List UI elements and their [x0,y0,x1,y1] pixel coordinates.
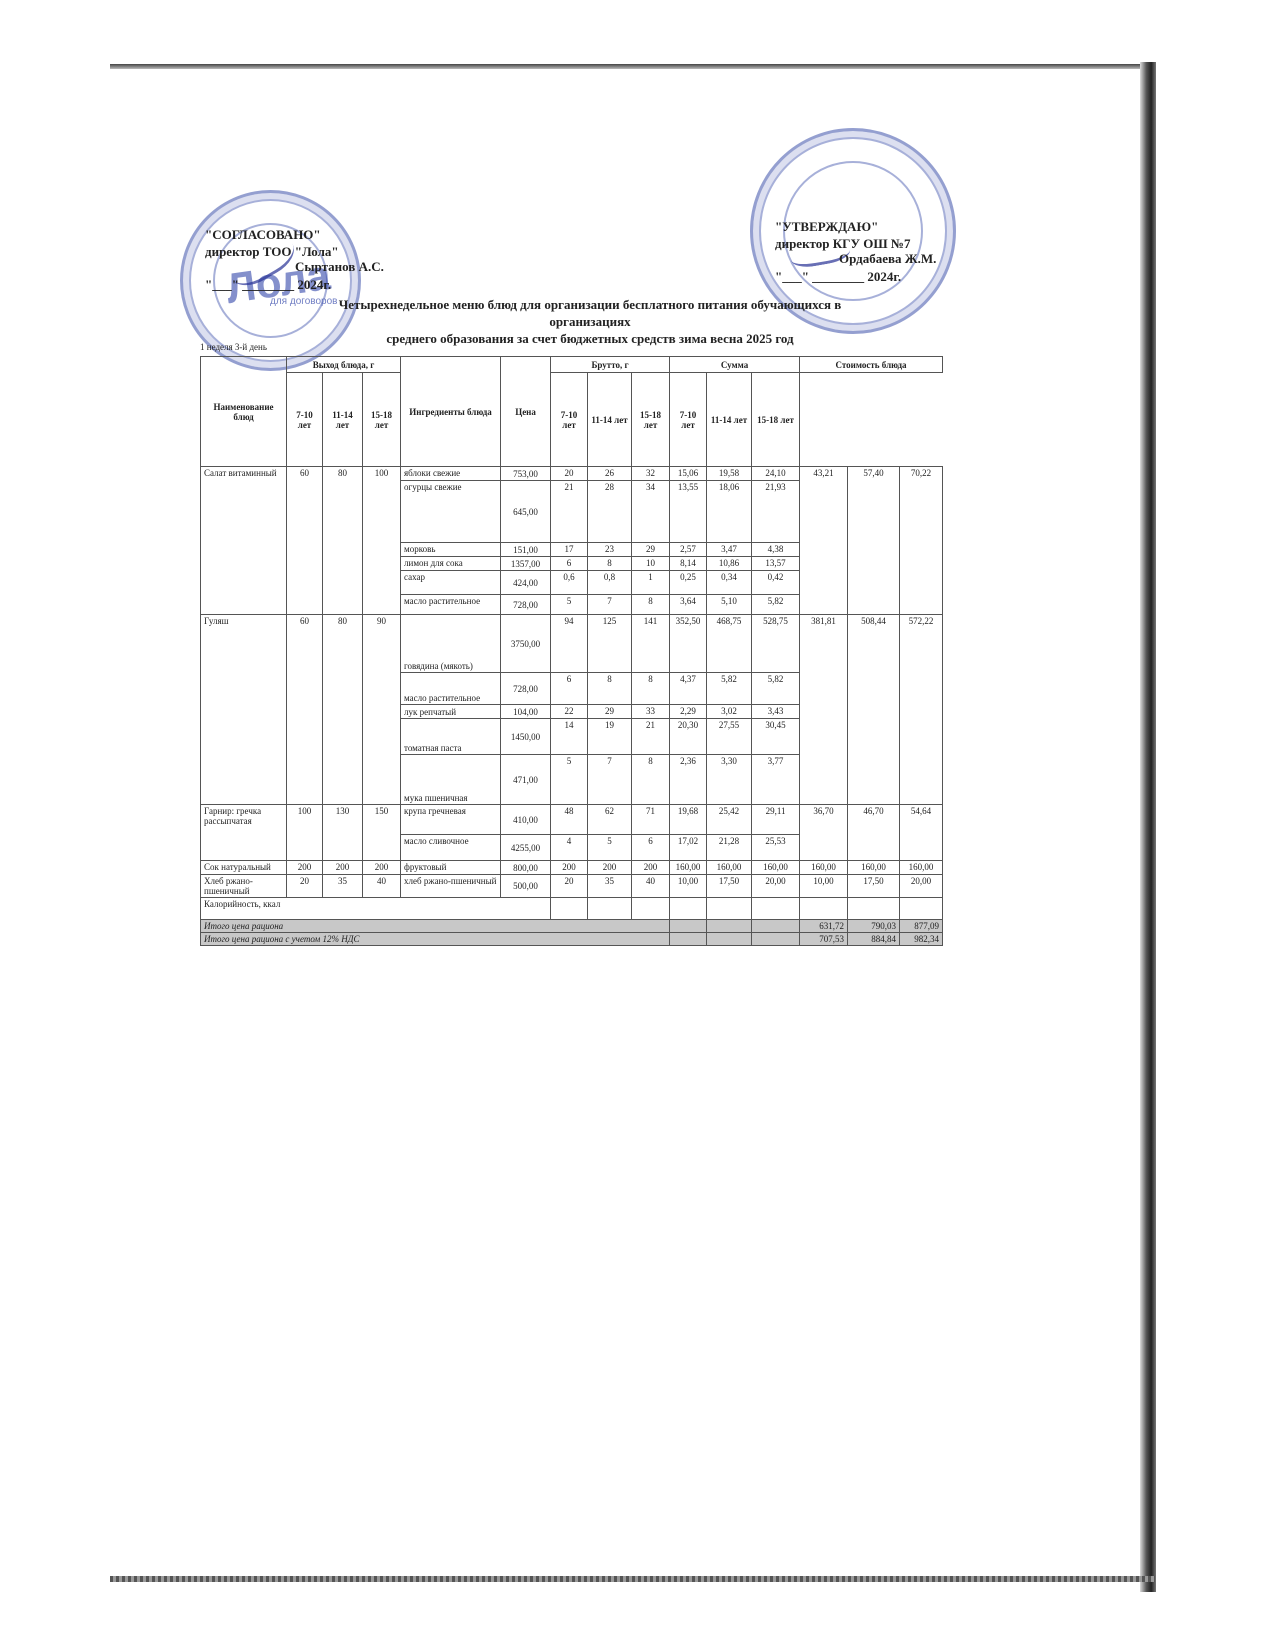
dish-yield-0: 100 [287,805,323,861]
ingredient-sum-0: 13,55 [670,481,707,543]
ingredient-price: 3750,00 [501,615,551,673]
ingredient-sum-2: 3,77 [752,755,800,805]
menu-table: Наименование блюд Выход блюда, г Ингреди… [200,356,943,946]
header-age-row: 7-10 лет11-14 лет15-18 лет7-10 лет11-14 … [201,373,943,467]
dish-yield-1: 130 [323,805,363,861]
ingredient-name: яблоки свежие [401,467,501,481]
ingredient-sum-2: 0,42 [752,571,800,595]
ingredient-sum-0: 15,06 [670,467,707,481]
dish-yield-0: 60 [287,615,323,805]
ingredient-gross-0: 48 [551,805,588,835]
dish-yield-2: 40 [363,875,401,898]
ingredient-gross-0: 14 [551,719,588,755]
header-age-2: 15-18 лет [363,373,401,467]
total-empty [752,920,800,933]
dish-cost-1: 160,00 [848,861,900,875]
ingredient-sum-1: 19,58 [707,467,752,481]
ingredient-sum-0: 17,02 [670,835,707,861]
ingredient-gross-1: 35 [588,875,632,898]
ingredient-price: 104,00 [501,705,551,719]
dish-yield-0: 60 [287,467,323,615]
ingredient-sum-1: 21,28 [707,835,752,861]
ingredient-gross-1: 7 [588,595,632,615]
ingredient-price: 471,00 [501,755,551,805]
header-age-0: 7-10 лет [551,373,588,467]
ingredient-price: 4255,00 [501,835,551,861]
dish-cost-2: 70,22 [900,467,943,615]
table-row: Хлеб ржано-пшеничный203540хлеб ржано-пше… [201,875,943,898]
ingredient-sum-1: 0,34 [707,571,752,595]
approval-right-label: "УТВЕРЖДАЮ" [775,218,910,235]
dish-cost-2: 20,00 [900,875,943,898]
ingredient-gross-0: 0,6 [551,571,588,595]
header-age-1: 11-14 лет [707,373,752,467]
dish-yield-2: 200 [363,861,401,875]
calorie-cell [900,898,943,920]
title-line-2: среднего образования за счет бюджетных с… [310,330,870,347]
total-row: Итого цена рациона631,72790,03877,09 [201,920,943,933]
dish-yield-0: 200 [287,861,323,875]
ingredient-sum-1: 3,30 [707,755,752,805]
ingredient-sum-2: 30,45 [752,719,800,755]
ingredient-name: томатная паста [401,719,501,755]
title-line-1: Четырехнедельное меню блюд для организац… [310,296,870,330]
dish-cost-1: 508,44 [848,615,900,805]
ingredient-gross-1: 29 [588,705,632,719]
ingredient-gross-1: 8 [588,673,632,705]
ingredient-name: фруктовый [401,861,501,875]
ingredient-gross-1: 28 [588,481,632,543]
ingredient-name: крупа гречневая [401,805,501,835]
ingredient-price: 753,00 [501,467,551,481]
ingredient-price: 1450,00 [501,719,551,755]
ingredient-gross-0: 21 [551,481,588,543]
dish-cost-1: 46,70 [848,805,900,861]
ingredient-name: масло растительное [401,595,501,615]
ingredient-gross-2: 200 [632,861,670,875]
ingredient-sum-2: 528,75 [752,615,800,673]
header-yield: Выход блюда, г [287,357,401,373]
ingredient-price: 645,00 [501,481,551,543]
calorie-cell [848,898,900,920]
ingredient-name: лук репчатый [401,705,501,719]
ingredient-sum-1: 18,06 [707,481,752,543]
ingredient-gross-2: 34 [632,481,670,543]
ingredient-sum-2: 20,00 [752,875,800,898]
dish-cost-0: 160,00 [800,861,848,875]
ingredient-price: 800,00 [501,861,551,875]
ingredient-price: 500,00 [501,875,551,898]
ingredient-gross-1: 200 [588,861,632,875]
ingredient-sum-0: 19,68 [670,805,707,835]
ingredient-sum-0: 2,57 [670,543,707,557]
dish-cost-0: 381,81 [800,615,848,805]
ingredient-gross-2: 1 [632,571,670,595]
total-value-0: 631,72 [800,920,848,933]
ingredient-sum-2: 5,82 [752,673,800,705]
header-cost: Стоимость блюда [800,357,943,373]
approval-right-name: Ордабаева Ж.М. [839,250,936,267]
ingredient-sum-2: 29,11 [752,805,800,835]
ingredient-name: масло сливочное [401,835,501,861]
header-age-2: 15-18 лет [632,373,670,467]
dish-cost-0: 43,21 [800,467,848,615]
ingredient-gross-1: 0,8 [588,571,632,595]
dish-yield-2: 100 [363,467,401,615]
ingredient-gross-1: 125 [588,615,632,673]
ingredient-sum-1: 25,42 [707,805,752,835]
week-label: 1 неделя 3-й день [200,342,267,352]
ingredient-price: 1357,00 [501,557,551,571]
dish-yield-2: 90 [363,615,401,805]
ingredient-gross-2: 32 [632,467,670,481]
ingredient-sum-2: 5,82 [752,595,800,615]
approval-left-label: "СОГЛАСОВАНО" [205,226,339,243]
ingredient-name: говядина (мякоть) [401,615,501,673]
dish-yield-1: 35 [323,875,363,898]
ingredient-sum-2: 24,10 [752,467,800,481]
ingredient-gross-2: 8 [632,755,670,805]
calorie-cell [588,898,632,920]
scan-edge-right [1140,62,1156,1592]
ingredient-gross-0: 20 [551,875,588,898]
ingredient-sum-2: 160,00 [752,861,800,875]
total-row: Итого цена рациона с учетом 12% НДС707,5… [201,933,943,946]
ingredient-gross-0: 4 [551,835,588,861]
ingredient-gross-1: 62 [588,805,632,835]
ingredient-sum-0: 2,36 [670,755,707,805]
ingredient-gross-2: 40 [632,875,670,898]
calorie-cell [551,898,588,920]
ingredient-sum-0: 20,30 [670,719,707,755]
dish-name: Сок натуральный [201,861,287,875]
ingredient-gross-2: 8 [632,673,670,705]
ingredient-gross-0: 20 [551,467,588,481]
ingredient-gross-1: 5 [588,835,632,861]
ingredient-sum-0: 352,50 [670,615,707,673]
dish-cost-0: 36,70 [800,805,848,861]
ingredient-sum-1: 468,75 [707,615,752,673]
dish-cost-1: 17,50 [848,875,900,898]
dish-cost-1: 57,40 [848,467,900,615]
dish-yield-1: 200 [323,861,363,875]
ingredient-price: 424,00 [501,571,551,595]
total-empty [707,920,752,933]
header-ingredients: Ингредиенты блюда [401,357,501,467]
ingredient-sum-1: 5,82 [707,673,752,705]
approval-left: "СОГЛАСОВАНО" директор ТОО "Лола" Сыртан… [205,226,339,260]
ingredient-gross-2: 8 [632,595,670,615]
header-age-2: 15-18 лет [752,373,800,467]
ingredient-price: 410,00 [501,805,551,835]
dish-cost-2: 54,64 [900,805,943,861]
total-value-1: 884,84 [848,933,900,946]
approval-left-name: Сыртанов А.С. [295,258,384,275]
total-value-0: 707,53 [800,933,848,946]
dish-name: Гуляш [201,615,287,805]
dish-yield-1: 80 [323,615,363,805]
ingredient-gross-2: 71 [632,805,670,835]
dish-yield-0: 20 [287,875,323,898]
dish-yield-2: 150 [363,805,401,861]
ingredient-name: масло растительное [401,673,501,705]
total-empty [670,920,707,933]
ingredient-sum-0: 2,29 [670,705,707,719]
ingredient-gross-0: 5 [551,755,588,805]
total-value-2: 982,34 [900,933,943,946]
ingredient-sum-0: 8,14 [670,557,707,571]
ingredient-gross-0: 17 [551,543,588,557]
total-empty [670,933,707,946]
header-price: Цена [501,357,551,467]
ingredient-gross-0: 94 [551,615,588,673]
total-value-1: 790,03 [848,920,900,933]
ingredient-price: 728,00 [501,673,551,705]
ingredient-gross-2: 21 [632,719,670,755]
ingredient-gross-2: 6 [632,835,670,861]
dish-yield-1: 80 [323,467,363,615]
ingredient-sum-1: 3,47 [707,543,752,557]
ingredient-sum-2: 21,93 [752,481,800,543]
ingredient-gross-2: 29 [632,543,670,557]
dish-cost-2: 572,22 [900,615,943,805]
ingredient-gross-1: 8 [588,557,632,571]
ingredient-sum-0: 160,00 [670,861,707,875]
dish-cost-0: 10,00 [800,875,848,898]
approval-left-date: "___" ________ 2024г. [205,276,331,293]
ingredient-gross-1: 7 [588,755,632,805]
ingredient-sum-1: 10,86 [707,557,752,571]
scan-edge-bottom [110,1576,1155,1582]
ingredient-sum-1: 27,55 [707,719,752,755]
ingredient-gross-1: 19 [588,719,632,755]
approval-right-date: "___" ________ 2024г. [775,268,901,285]
ingredient-sum-2: 3,43 [752,705,800,719]
total-empty [752,933,800,946]
dish-name: Салат витаминный [201,467,287,615]
ingredient-sum-1: 160,00 [707,861,752,875]
header-age-1: 11-14 лет [323,373,363,467]
calorie-cell [632,898,670,920]
total-empty [707,933,752,946]
header-sum: Сумма [670,357,800,373]
header-dish-name: Наименование блюд [201,357,287,467]
ingredient-gross-0: 5 [551,595,588,615]
calorie-label: Калорийность, ккал [201,898,551,920]
ingredient-gross-0: 200 [551,861,588,875]
ingredient-gross-2: 33 [632,705,670,719]
ingredient-sum-0: 10,00 [670,875,707,898]
calorie-cell [800,898,848,920]
table-row: Салат витаминный6080100яблоки свежие753,… [201,467,943,481]
table-row: Гарнир: гречка рассыпчатая100130150крупа… [201,805,943,835]
ingredient-name: мука пшеничная [401,755,501,805]
ingredient-name: сахар [401,571,501,595]
ingredient-gross-1: 23 [588,543,632,557]
ingredient-gross-2: 10 [632,557,670,571]
ingredient-sum-2: 4,38 [752,543,800,557]
ingredient-sum-2: 25,53 [752,835,800,861]
ingredient-sum-1: 3,02 [707,705,752,719]
ingredient-gross-0: 6 [551,673,588,705]
total-value-2: 877,09 [900,920,943,933]
header-age-0: 7-10 лет [670,373,707,467]
ingredient-sum-1: 17,50 [707,875,752,898]
dish-name: Гарнир: гречка рассыпчатая [201,805,287,861]
ingredient-name: хлеб ржано-пшеничный [401,875,501,898]
ingredient-name: лимон для сока [401,557,501,571]
ingredient-name: огурцы свежие [401,481,501,543]
dish-name: Хлеб ржано-пшеничный [201,875,287,898]
ingredient-sum-2: 13,57 [752,557,800,571]
calorie-row: Калорийность, ккал [201,898,943,920]
dish-cost-2: 160,00 [900,861,943,875]
calorie-cell [752,898,800,920]
ingredient-gross-0: 6 [551,557,588,571]
calorie-cell [670,898,707,920]
total-label: Итого цена рациона [201,920,670,933]
ingredient-sum-1: 5,10 [707,595,752,615]
table-row: Гуляш608090говядина (мякоть)3750,0094125… [201,615,943,673]
calorie-cell [707,898,752,920]
ingredient-gross-1: 26 [588,467,632,481]
ingredient-gross-0: 22 [551,705,588,719]
ingredient-name: морковь [401,543,501,557]
total-label: Итого цена рациона с учетом 12% НДС [201,933,670,946]
ingredient-sum-0: 4,37 [670,673,707,705]
document-title: Четырехнедельное меню блюд для организац… [310,296,870,347]
ingredient-sum-0: 0,25 [670,571,707,595]
ingredient-gross-2: 141 [632,615,670,673]
ingredient-price: 728,00 [501,595,551,615]
header-age-1: 11-14 лет [588,373,632,467]
table-row: Сок натуральный200200200фруктовый800,002… [201,861,943,875]
ingredient-price: 151,00 [501,543,551,557]
ingredient-sum-0: 3,64 [670,595,707,615]
approval-right: "УТВЕРЖДАЮ" директор КГУ ОШ №7 Ордабаева… [775,218,910,252]
header-age-0: 7-10 лет [287,373,323,467]
scan-edge-top [110,64,1150,69]
header-gross: Брутто, г [551,357,670,373]
